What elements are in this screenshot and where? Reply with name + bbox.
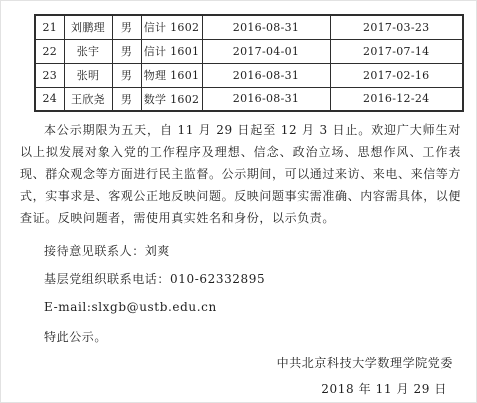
cell-date-2: 2017-02-16 xyxy=(330,63,463,87)
contact-person-line: 接待意见联系人：刘爽 xyxy=(20,240,461,262)
cell-class: 数学 1602 xyxy=(141,87,202,111)
cell-class: 物理 1601 xyxy=(141,63,202,87)
table-row: 23 张明 男 物理 1601 2016-08-31 2017-02-16 xyxy=(35,63,463,87)
notice-paragraph: 本公示期限为五天，自 11 月 29 日起至 12 月 3 日止。欢迎广大师生对… xyxy=(20,119,461,229)
cell-class: 信计 1601 xyxy=(141,39,202,63)
cell-name: 王欣尧 xyxy=(64,87,112,111)
signature-date: 2018 年 11 月 29 日 xyxy=(20,378,461,400)
table-row: 22 张宇 男 信计 1601 2017-04-01 2017-07-14 xyxy=(35,39,463,63)
cell-gender: 男 xyxy=(112,63,141,87)
cell-date-1: 2016-08-31 xyxy=(202,63,330,87)
notice-body: 本公示期限为五天，自 11 月 29 日起至 12 月 3 日止。欢迎广大师生对… xyxy=(20,119,461,400)
cell-index: 23 xyxy=(35,63,64,87)
table-row: 24 王欣尧 男 数学 1602 2016-08-31 2016-12-24 xyxy=(35,87,463,111)
cell-date-2: 2017-07-14 xyxy=(330,39,463,63)
candidate-table: 21 刘鹏理 男 信计 1602 2016-08-31 2017-03-23 2… xyxy=(34,14,464,112)
cell-name: 张明 xyxy=(64,63,112,87)
cell-index: 24 xyxy=(35,87,64,111)
closing-line: 特此公示。 xyxy=(20,326,461,348)
table-row: 21 刘鹏理 男 信计 1602 2016-08-31 2017-03-23 xyxy=(35,15,463,39)
candidate-table-wrapper: 21 刘鹏理 男 信计 1602 2016-08-31 2017-03-23 2… xyxy=(34,14,460,112)
notice-document-page: 21 刘鹏理 男 信计 1602 2016-08-31 2017-03-23 2… xyxy=(0,0,477,403)
cell-date-2: 2016-12-24 xyxy=(330,87,463,111)
cell-name: 张宇 xyxy=(64,39,112,63)
cell-date-2: 2017-03-23 xyxy=(330,15,463,39)
cell-index: 21 xyxy=(35,15,64,39)
contact-email-line: E-mail:slxgb@ustb.edu.cn xyxy=(20,296,461,318)
cell-gender: 男 xyxy=(112,87,141,111)
cell-date-1: 2017-04-01 xyxy=(202,39,330,63)
cell-class: 信计 1602 xyxy=(141,15,202,39)
cell-name: 刘鹏理 xyxy=(64,15,112,39)
cell-index: 22 xyxy=(35,39,64,63)
cell-gender: 男 xyxy=(112,39,141,63)
signature-line: 中共北京科技大学数理学院党委 xyxy=(20,352,461,374)
cell-date-1: 2016-08-31 xyxy=(202,87,330,111)
cell-gender: 男 xyxy=(112,15,141,39)
cell-date-1: 2016-08-31 xyxy=(202,15,330,39)
contact-phone-line: 基层党组织联系电话：010-62332895 xyxy=(20,268,461,290)
